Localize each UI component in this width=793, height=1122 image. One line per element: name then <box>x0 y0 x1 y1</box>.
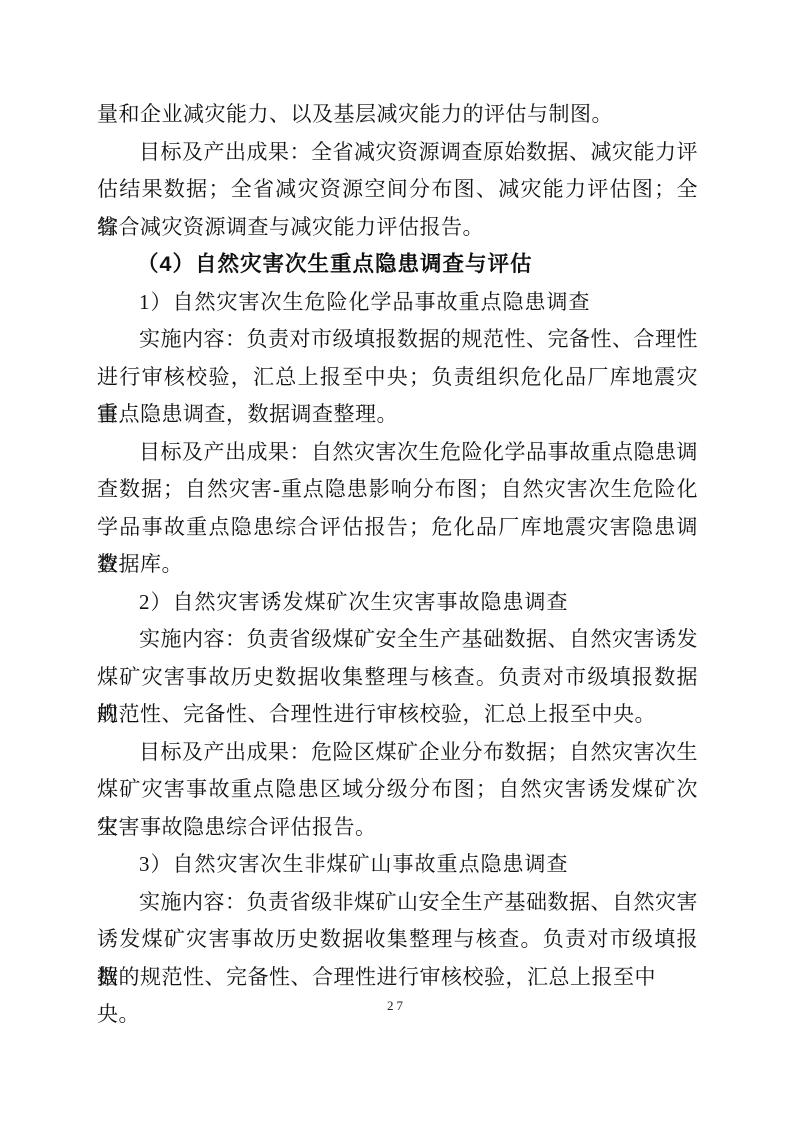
text-line: 学品事故重点隐患综合评估报告；危化品厂库地震灾害隐患调查 <box>97 509 698 547</box>
document-page: 量和企业减灾能力、以及基层减灾能力的评估与制图。目标及产出成果：全省减灾资源调查… <box>0 0 793 1122</box>
text-line: 煤矿灾害事故重点隐患区域分级分布图；自然灾害诱发煤矿次生 <box>97 771 698 809</box>
text-line: 灾害事故隐患综合评估报告。 <box>97 809 698 847</box>
text-line: 2）自然灾害诱发煤矿次生灾害事故隐患调查 <box>97 584 698 622</box>
text-line: 目标及产出成果：全省减灾资源调查原始数据、减灾能力评 <box>97 134 698 172</box>
text-line: 3）自然灾害次生非煤矿山事故重点隐患调查 <box>97 846 698 884</box>
text-line: 目标及产出成果：危险区煤矿企业分布数据；自然灾害次生 <box>97 734 698 772</box>
text-line: 诱发煤矿灾害事故历史数据收集整理与核查。负责对市级填报数 <box>97 921 698 959</box>
text-line: 重点隐患调查，数据调查整理。 <box>97 396 698 434</box>
text-line: 量和企业减灾能力、以及基层减灾能力的评估与制图。 <box>97 96 698 134</box>
section-heading: （4）自然灾害次生重点隐患调查与评估 <box>97 246 698 284</box>
text-line: 目标及产出成果：自然灾害次生危险化学品事故重点隐患调 <box>97 434 698 472</box>
page-number: 27 <box>0 998 793 1014</box>
text-line: 实施内容：负责对市级填报数据的规范性、完备性、合理性 <box>97 321 698 359</box>
text-line: 规范性、完备性、合理性进行审核校验，汇总上报至中央。 <box>97 696 698 734</box>
text-line: 1）自然灾害次生危险化学品事故重点隐患调查 <box>97 284 698 322</box>
text-line: 实施内容：负责省级非煤矿山安全生产基础数据、自然灾害 <box>97 884 698 922</box>
text-line: 煤矿灾害事故历史数据收集整理与核查。负责对市级填报数据的 <box>97 659 698 697</box>
text-line: 综合减灾资源调查与减灾能力评估报告。 <box>97 209 698 247</box>
text-line: 据的规范性、完备性、合理性进行审核校验，汇总上报至中央。 <box>97 959 698 997</box>
text-line: 进行审核校验，汇总上报至中央；负责组织危化品厂库地震灾害 <box>97 359 698 397</box>
text-line: 估结果数据；全省减灾资源空间分布图、减灾能力评估图；全省 <box>97 171 698 209</box>
document-body: 量和企业减灾能力、以及基层减灾能力的评估与制图。目标及产出成果：全省减灾资源调查… <box>97 96 698 996</box>
text-line: 实施内容：负责省级煤矿安全生产基础数据、自然灾害诱发 <box>97 621 698 659</box>
text-line: 数据库。 <box>97 546 698 584</box>
text-line: 查数据；自然灾害-重点隐患影响分布图；自然灾害次生危险化 <box>97 471 698 509</box>
